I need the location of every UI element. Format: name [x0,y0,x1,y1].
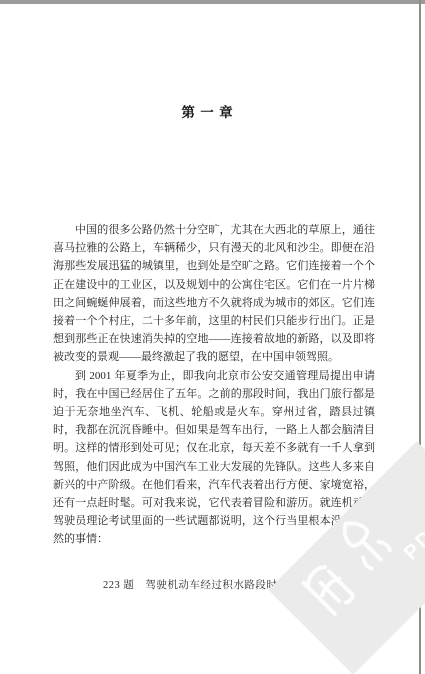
book-page: 第 一 章 中国的很多公路仍然十分空旷，尤其在大西北的草原上，通往喜马拉雅的公路… [0,0,425,674]
scan-top-edge [0,0,425,4]
paragraph-1: 中国的很多公路仍然十分空旷，尤其在大西北的草原上，通往喜马拉雅的公路上，车辆稀少… [53,221,375,367]
paragraph-2: 到 2001 年夏季为止，即我向北京市公安交通管理局提出申请时，我在中国已经居住… [53,367,375,549]
watermark-pdg-label: PDG [400,512,425,565]
chapter-title: 第 一 章 [0,101,415,121]
